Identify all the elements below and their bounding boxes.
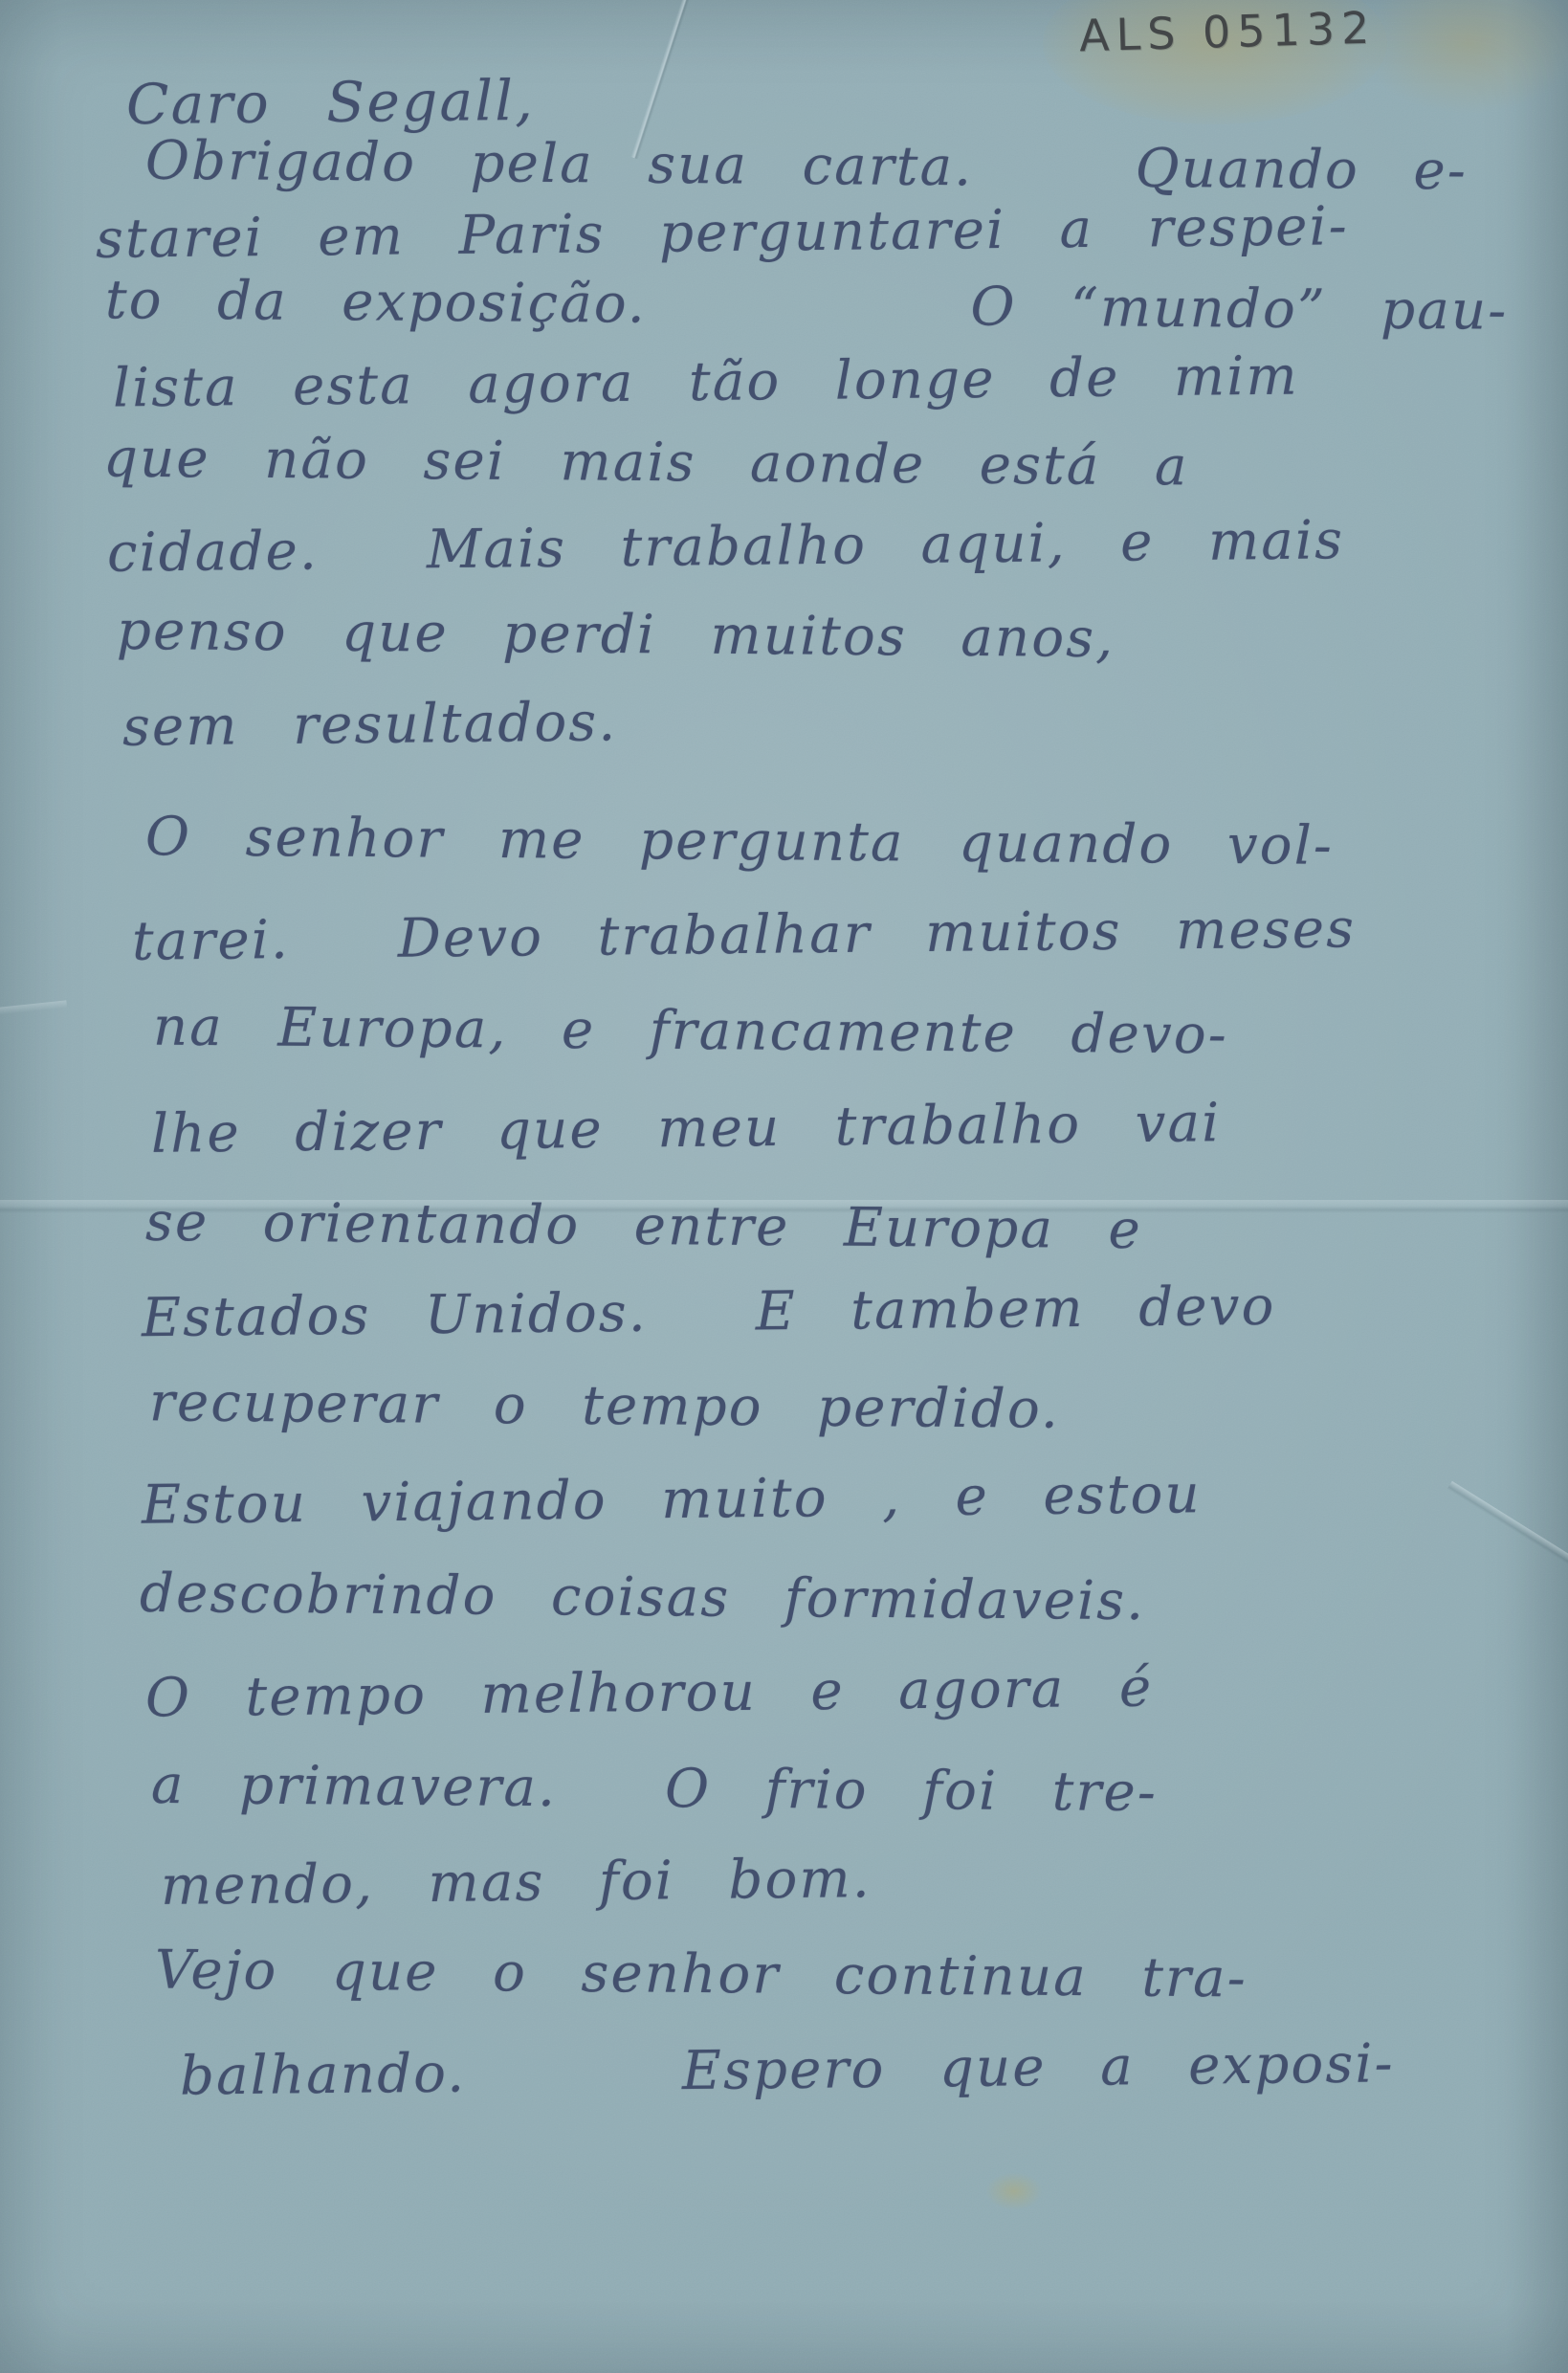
letter-line: balhando. Espero que a exposi- xyxy=(180,2037,1395,2103)
letter-line: penso que perdi muitos anos, xyxy=(117,605,1115,666)
fold-crease xyxy=(1447,1481,1568,1590)
letter-line: sem resultados. xyxy=(122,696,618,754)
letter-line: na Europa, e francamente devo- xyxy=(153,1001,1228,1063)
letter-line: Estou viajando muito , e estou xyxy=(142,1468,1202,1533)
letter-line: cidade. Mais trabalho aqui, e mais xyxy=(107,514,1345,581)
fold-crease xyxy=(0,1000,67,1016)
letter-line: Vejo que o senhor continua tra- xyxy=(155,1944,1248,2007)
letter-line: a primavera. O frio foi tre- xyxy=(151,1759,1158,1820)
letter-line: recuperar o tempo perdido. xyxy=(149,1376,1060,1436)
letter-line: to da exposição. O “mundo” pau- xyxy=(105,274,1509,339)
letter-line: O tempo melhorou e agora é xyxy=(145,1661,1154,1725)
letter-line: Obrigado pela sua carta. Quando e- xyxy=(145,135,1468,199)
catalog-annotation: ALS 05132 xyxy=(1078,2,1377,62)
letter-line: O senhor me pergunta quando vol- xyxy=(145,810,1334,874)
letter-page: ALS 05132 Caro Segall, Obrigado pela sua… xyxy=(0,0,1568,2373)
letter-line: lhe dizer que meu trabalho vai xyxy=(151,1097,1222,1162)
letter-line: mendo, mas foi bom. xyxy=(161,1852,872,1914)
letter-line: descobrindo coisas formidaveis. xyxy=(140,1567,1146,1629)
paper-stain xyxy=(985,2172,1043,2210)
paper-stain xyxy=(1358,0,1568,115)
letter-line: que não sei mais aonde está a xyxy=(103,432,1189,495)
letter-line: Caro Segall, xyxy=(126,73,535,132)
letter-line: starei em Paris perguntarei a respei- xyxy=(96,200,1349,267)
letter-line: Estados Unidos. E tambem devo xyxy=(142,1280,1276,1345)
letter-line: lista esta agora tão longe de mim xyxy=(113,350,1299,416)
letter-line: se orientando entre Europa e xyxy=(145,1196,1142,1257)
letter-line: tarei. Devo trabalhar muitos meses xyxy=(132,902,1357,968)
